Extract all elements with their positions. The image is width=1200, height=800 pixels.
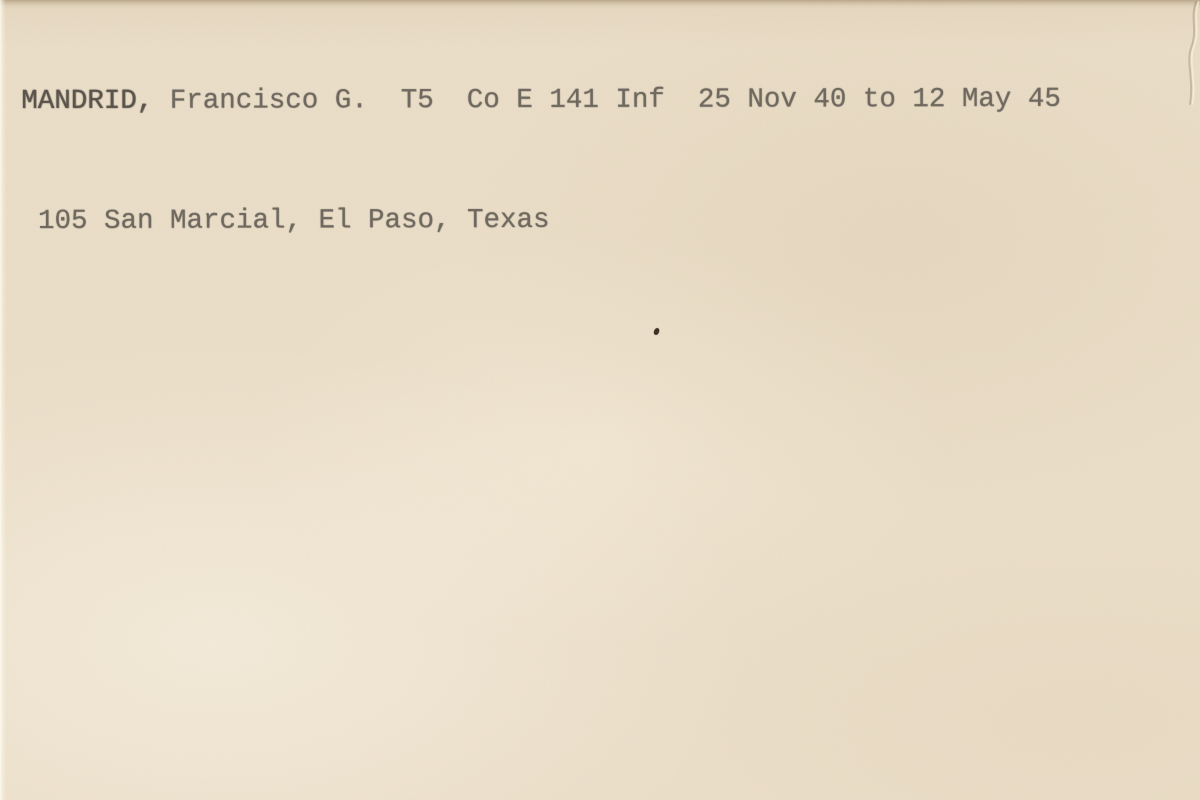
typed-line-2: 105 San Marcial, El Paso, Texas	[21, 200, 1061, 242]
typed-text-block: MANDRID, Francisco G. T5 Co E 141 Inf 25…	[21, 0, 1061, 322]
left-edge-highlight	[0, 0, 6, 800]
surname-text: MANDRID,	[21, 86, 153, 117]
ink-speck	[653, 327, 660, 335]
service-details-text: Francisco G. T5 Co E 141 Inf 25 Nov 40 t…	[153, 84, 1061, 117]
scanned-index-card: MANDRID, Francisco G. T5 Co E 141 Inf 25…	[0, 0, 1200, 800]
typed-line-1: MANDRID, Francisco G. T5 Co E 141 Inf 25…	[21, 80, 1061, 122]
crease-mark	[1160, 0, 1200, 140]
